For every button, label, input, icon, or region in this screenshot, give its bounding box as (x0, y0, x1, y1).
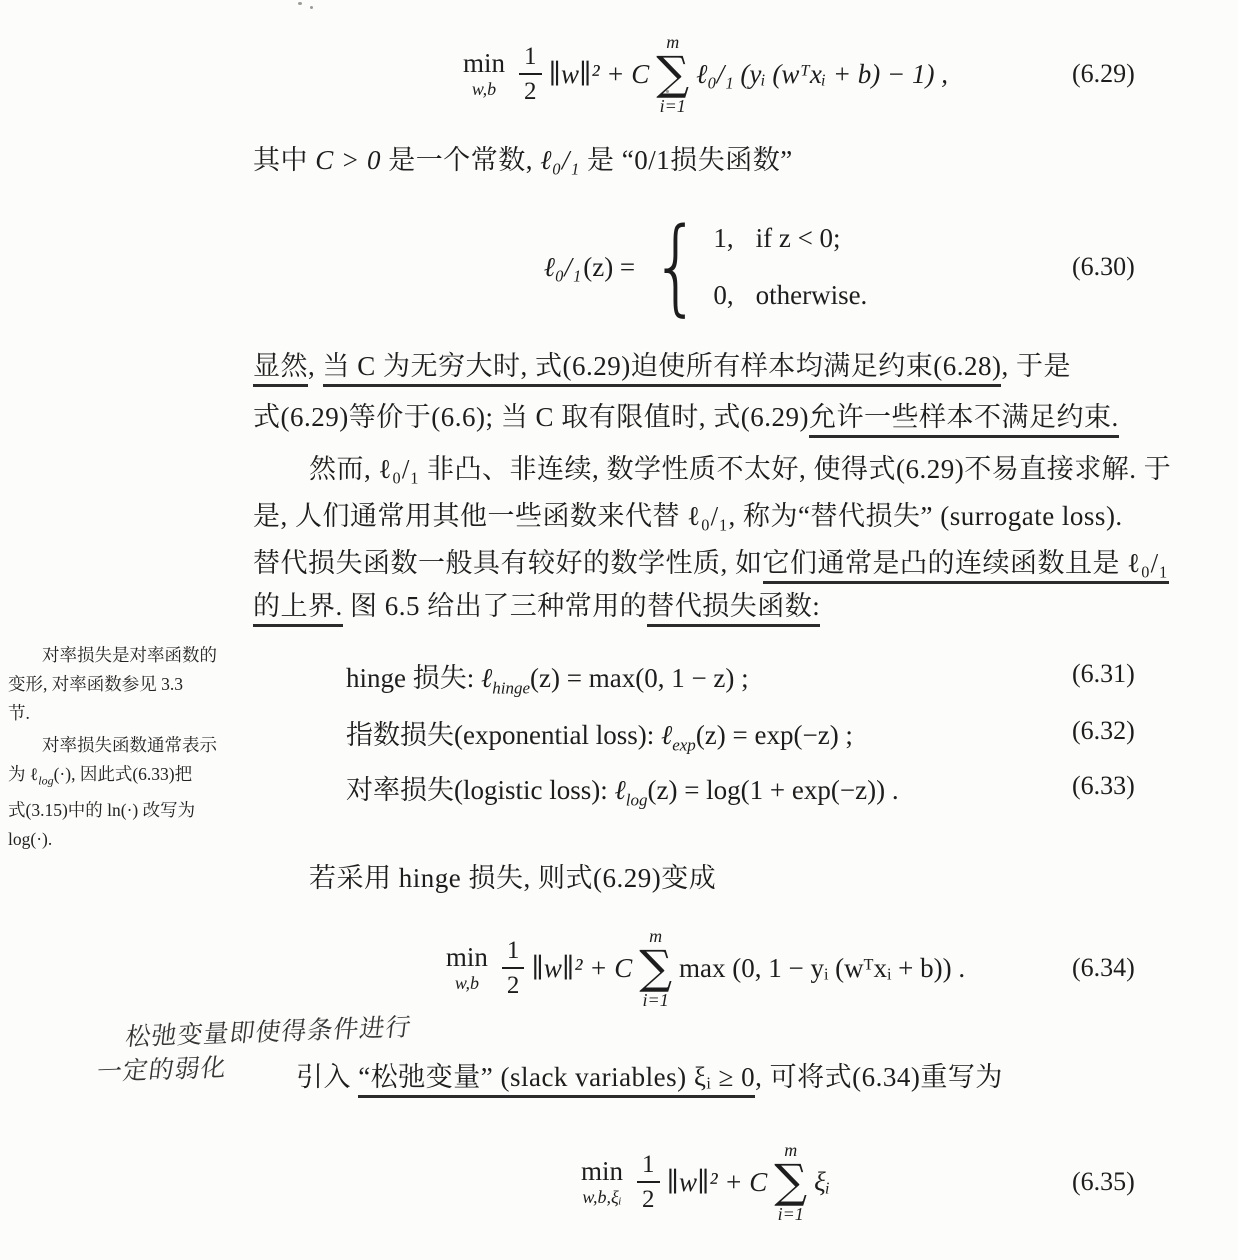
equation-number: (6.30) (1072, 252, 1135, 282)
lhs-rest: (z) = (583, 252, 635, 283)
norm-term: ∥w∥² + C (549, 59, 650, 90)
equation-6-30: ℓ₀/₁ (z) = { 1,if z < 0; 0,otherwise. (6… (248, 214, 1238, 320)
paragraph-surrogate-line1: 然而, ℓ₀/₁ 非凸、非连续, 数学性质不太好, 使得式(6.29)不易直接求… (253, 452, 1171, 486)
fraction-one-half: 1 2 (637, 1152, 660, 1212)
sigma-symbol: ∑ (639, 946, 672, 988)
paragraph-surrogate-line4: 的上界. 图 6.5 给出了三种常用的替代损失函数: (253, 589, 820, 623)
max-term: max (0, 1 − yᵢ (wᵀxᵢ + b)) . (679, 953, 965, 984)
paragraph-adopt-hinge: 若采用 hinge 损失, 则式(6.29)变成 (253, 861, 716, 895)
fraction-one-half: 1 2 (502, 938, 525, 998)
paragraph-c-infinity-line1: 显然, 当 C 为无穷大时, 式(6.29)迫使所有样本均满足约束(6.28),… (253, 349, 1071, 383)
margin-note-line: 式(3.15)中的 ln(·) 改写为 (8, 796, 242, 825)
min-operator: min w,b,ξᵢ (581, 1158, 623, 1206)
margin-note-line: 对率损失函数通常表示 (8, 731, 242, 760)
equation-6-33: 对率损失(logistic loss): ℓlog(z) = log(1 + e… (248, 768, 1163, 810)
sigma-symbol: ∑ (774, 1160, 807, 1202)
summation: m ∑ i=1 (774, 1141, 807, 1222)
min-operator: min w,b (446, 944, 488, 992)
equation-number: (6.31) (1072, 659, 1135, 689)
min-operator: min w,b (463, 50, 505, 98)
margin-note-line: 变形, 对率函数参见 3.3 (8, 670, 242, 699)
paragraph-slack-variables: 引入 “松弛变量” (slack variables) ξᵢ ≥ 0, 可将式(… (296, 1060, 1003, 1094)
hinge-subscript: hinge (492, 678, 530, 697)
case-row: 1,if z < 0; (713, 223, 867, 254)
equation-6-34: min w,b 1 2 ∥w∥² + C m ∑ i=1 max (0, 1 −… (248, 920, 1223, 1016)
equation-number: (6.35) (1072, 1167, 1135, 1197)
margin-note-line: 为 ℓlog(·), 因此式(6.33)把 (8, 760, 242, 796)
summation: m ∑ i=1 (656, 33, 689, 114)
log-subscript: log (626, 790, 648, 809)
fraction-one-half: 1 2 (519, 44, 542, 104)
text-column: min w,b 1 2 ∥w∥² + C m ∑ i=1 ℓ₀/₁ (yᵢ (w… (248, 0, 1163, 1260)
equation-6-31: hinge 损失: ℓhinge(z) = max(0, 1 − z) ; (6… (248, 656, 1163, 698)
loss-term: ℓ₀/₁ (yᵢ (wᵀxᵢ + b) − 1) , (696, 59, 948, 90)
paragraph-surrogate-line3: 替代损失函数一般具有较好的数学性质, 如它们通常是凸的连续函数且是 ℓ₀/₁ (253, 546, 1169, 580)
exp-subscript: exp (672, 735, 696, 754)
norm-term: ∥w∥² + C (531, 953, 632, 984)
xi-term: ξᵢ (814, 1167, 830, 1198)
norm-term: ∥w∥² + C (667, 1167, 768, 1198)
paragraph-constant-c: 其中 C > 0 是一个常数, ℓ₀/₁ 是 “0/1损失函数” (253, 143, 793, 177)
equation-number: (6.29) (1072, 59, 1135, 89)
margin-note-logistic-loss: 对率损失是对率函数的 变形, 对率函数参见 3.3 节. (8, 641, 242, 728)
equation-6-32: 指数损失(exponential loss): ℓexp(z) = exp(−z… (248, 713, 1163, 755)
equation-number: (6.33) (1072, 771, 1135, 801)
paragraph-surrogate-line2: 是, 人们通常用其他一些函数来代替 ℓ₀/₁, 称为“替代损失” (surrog… (253, 499, 1123, 533)
book-page: 对率损失是对率函数的 变形, 对率函数参见 3.3 节. 对率损失函数通常表示 … (0, 0, 1238, 1260)
log-subscript: log (38, 774, 53, 788)
equation-number: (6.34) (1072, 953, 1135, 983)
piecewise-cases: 1,if z < 0; 0,otherwise. (713, 223, 867, 311)
lhs-function: ℓ₀/₁ (544, 252, 582, 283)
margin-note-log-notation: 对率损失函数通常表示 为 ℓlog(·), 因此式(6.33)把 式(3.15)… (8, 731, 242, 854)
case-row: 0,otherwise. (713, 280, 867, 311)
equation-number: (6.32) (1072, 716, 1135, 746)
equation-6-29: min w,b 1 2 ∥w∥² + C m ∑ i=1 ℓ₀/₁ (yᵢ (w… (248, 28, 1223, 120)
sigma-symbol: ∑ (656, 52, 689, 94)
margin-note-line: 对率损失是对率函数的 (8, 641, 242, 670)
margin-note-line: 节. (8, 699, 242, 728)
equation-6-35: min w,b,ξᵢ 1 2 ∥w∥² + C m ∑ i=1 ξᵢ (6.35… (248, 1132, 1238, 1232)
case-brace: { (651, 225, 701, 308)
paragraph-c-infinity-line2: 式(6.29)等价于(6.6); 当 C 取有限值时, 式(6.29)允许一些样… (253, 400, 1119, 434)
summation: m ∑ i=1 (639, 927, 672, 1008)
margin-note-line: log(·). (8, 825, 242, 854)
